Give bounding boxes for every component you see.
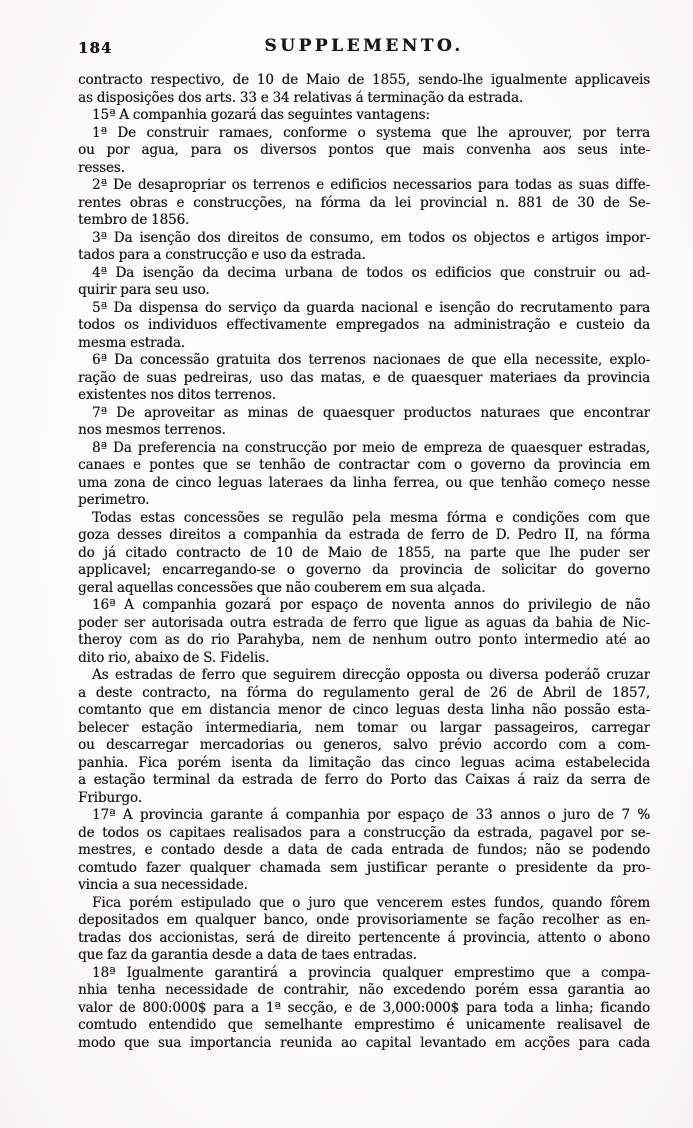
paragraph: 18ª Igualmente garantirá a provincia qua…: [78, 965, 650, 1053]
text-line: 2ª De desapropriar os terrenos e edifici…: [78, 177, 650, 195]
text-line: modo que sua importancia reunida ao capi…: [78, 1035, 650, 1053]
text-line: belecer estação intermediaria, nem tomar…: [78, 720, 650, 738]
text-line: comtudo entendido que semelhante emprest…: [78, 1017, 650, 1035]
text-line: 17ª A provincia garante á companhia por …: [78, 807, 650, 825]
text-line: 3ª Da isenção dos direitos de consumo, e…: [78, 230, 650, 248]
page-head: 184 SUPPLEMENTO.: [78, 36, 650, 60]
paragraph: 4ª Da isenção da decima urbana de todos …: [78, 265, 650, 300]
text-line: a estação terminal da estrada de ferro d…: [78, 772, 650, 790]
page-header-title: SUPPLEMENTO.: [78, 36, 650, 56]
paragraph: Todas estas concessões se regulão pela m…: [78, 510, 650, 598]
text-line: nos mesmos terrenos.: [78, 422, 650, 440]
text-line: que faz da garantia desde a data de taes…: [78, 947, 650, 965]
paragraph: Fica porém estipulado que o juro que ven…: [78, 895, 650, 965]
text-line: tados para a construcção e uso da estrad…: [78, 247, 650, 265]
text-line: ração de suas pedreiras, uso das matas, …: [78, 370, 650, 388]
text-line: 15ª A companhia gozará das seguintes van…: [78, 107, 650, 125]
text-line: theroy com as do rio Parahyba, nem de ne…: [78, 632, 650, 650]
text-line: 18ª Igualmente garantirá a provincia qua…: [78, 965, 650, 983]
text-line: Friburgo.: [78, 790, 650, 808]
text-line: do já citado contracto de 10 de Maio de …: [78, 545, 650, 563]
text-line: comtanto que em distancia menor de cinco…: [78, 702, 650, 720]
paragraph: 7ª De aproveitar as minas de quaesquer p…: [78, 405, 650, 440]
paragraph: As estradas de ferro que seguirem direcç…: [78, 667, 650, 807]
paragraph: contracto respectivo, de 10 de Maio de 1…: [78, 72, 650, 107]
text-line: todos os individuos effectivamente empre…: [78, 317, 650, 335]
text-line: 5ª Da dispensa do serviço da guarda naci…: [78, 300, 650, 318]
text-line: tembro de 1856.: [78, 212, 650, 230]
paragraph: 17ª A provincia garante á companhia por …: [78, 807, 650, 895]
paragraph: 2ª De desapropriar os terrenos e edifici…: [78, 177, 650, 230]
paragraph: 8ª Da preferencia na construcção por mei…: [78, 440, 650, 510]
text-line: tradas dos accionistas, será de direito …: [78, 930, 650, 948]
text-line: uma zona de cinco leguas lateraes da lin…: [78, 475, 650, 493]
paragraph: 5ª Da dispensa do serviço da guarda naci…: [78, 300, 650, 353]
paragraph: 6ª Da concessão gratuita dos terrenos na…: [78, 352, 650, 405]
text-column: 184 SUPPLEMENTO. contracto respectivo, d…: [78, 36, 650, 1052]
text-line: As estradas de ferro que seguirem direcç…: [78, 667, 650, 685]
text-line: a deste contracto, na fórma do regulamen…: [78, 685, 650, 703]
text-line: comtudo fazer qualquer chamada sem justi…: [78, 860, 650, 878]
text-line: resses.: [78, 160, 650, 178]
document-body: contracto respectivo, de 10 de Maio de 1…: [78, 72, 650, 1052]
text-line: perimetro.: [78, 492, 650, 510]
text-line: rentes obras e construcções, na fórma da…: [78, 195, 650, 213]
text-line: Fica porém estipulado que o juro que ven…: [78, 895, 650, 913]
text-line: poder ser autorisada outra estrada de fe…: [78, 615, 650, 633]
paragraph: 16ª A companhia gozará por espaço de nov…: [78, 597, 650, 667]
text-line: as disposições dos arts. 33 e 34 relativ…: [78, 90, 650, 108]
text-line: goza desses direitos a companhia da estr…: [78, 527, 650, 545]
text-line: 16ª A companhia gozará por espaço de nov…: [78, 597, 650, 615]
text-line: de todos os capitaes realisados para a c…: [78, 825, 650, 843]
text-line: dito rio, abaixo de S. Fidelis.: [78, 650, 650, 668]
text-line: 6ª Da concessão gratuita dos terrenos na…: [78, 352, 650, 370]
text-line: nhia tenha necessidade de contrahir, não…: [78, 982, 650, 1000]
text-line: geral aquellas concessões que não couber…: [78, 580, 650, 598]
text-line: mestres, e contado desde a data de cada …: [78, 842, 650, 860]
paragraph: 3ª Da isenção dos direitos de consumo, e…: [78, 230, 650, 265]
text-line: existentes nos ditos terrenos.: [78, 387, 650, 405]
text-line: mesma estrada.: [78, 335, 650, 353]
text-line: 7ª De aproveitar as minas de quaesquer p…: [78, 405, 650, 423]
text-line: depositados em qualquer banco, onde prov…: [78, 912, 650, 930]
text-line: 8ª Da preferencia na construcção por mei…: [78, 440, 650, 458]
text-line: ou por agua, para os diversos pontos que…: [78, 142, 650, 160]
text-line: canaes e pontes que se tenhão de contrac…: [78, 457, 650, 475]
text-line: applicavel; encarregando-se o governo da…: [78, 562, 650, 580]
paragraph: 15ª A companhia gozará das seguintes van…: [78, 107, 650, 125]
text-line: vincia a sua necessidade.: [78, 877, 650, 895]
scanned-document-page: 184 SUPPLEMENTO. contracto respectivo, d…: [0, 0, 693, 1128]
text-line: quirir para seu uso.: [78, 282, 650, 300]
text-line: valor de 800:000$ para a 1ª secção, e de…: [78, 1000, 650, 1018]
text-line: panhia. Fica porém isenta da limitação d…: [78, 755, 650, 773]
text-line: 4ª Da isenção da decima urbana de todos …: [78, 265, 650, 283]
paragraph: 1ª De construir ramaes, conforme o syste…: [78, 125, 650, 178]
text-line: ou descarregar mercadorias ou generos, s…: [78, 737, 650, 755]
text-line: 1ª De construir ramaes, conforme o syste…: [78, 125, 650, 143]
text-line: contracto respectivo, de 10 de Maio de 1…: [78, 72, 650, 90]
text-line: Todas estas concessões se regulão pela m…: [78, 510, 650, 528]
